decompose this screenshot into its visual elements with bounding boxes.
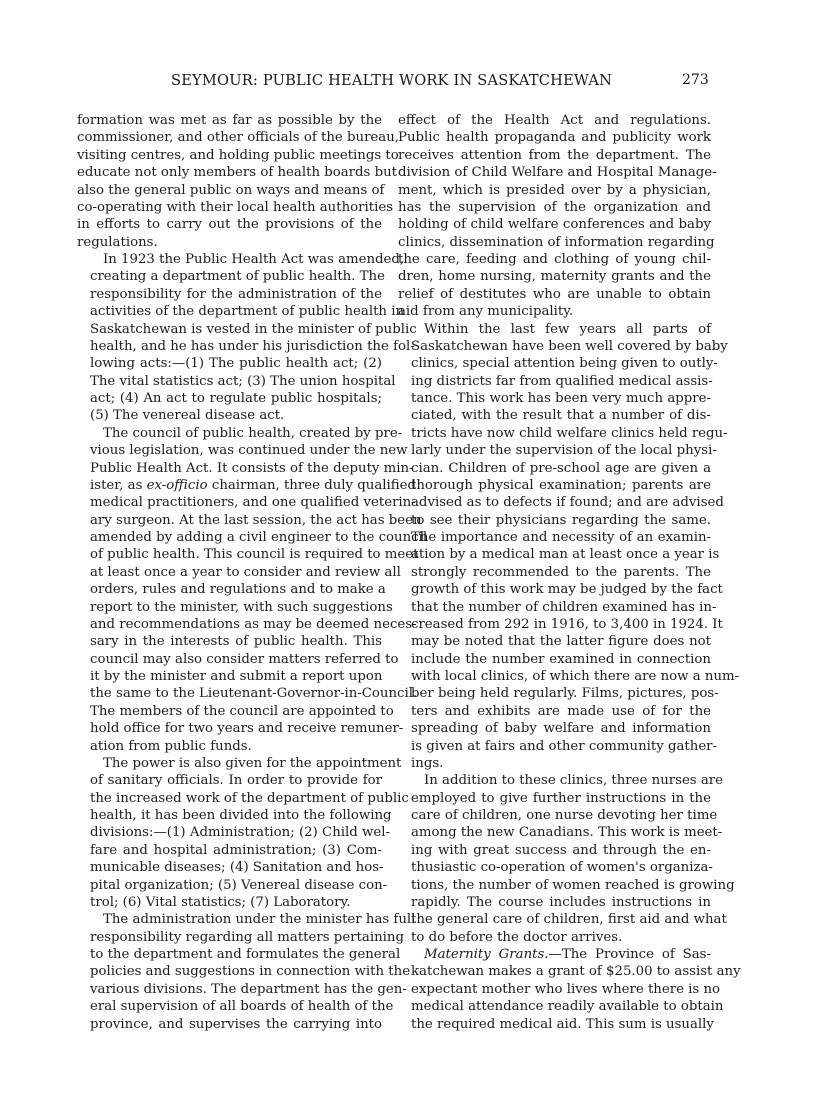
text-line: The importance and necessity of an exami… — [398, 529, 711, 546]
text-line: In 1923 the Public Health Act was amende… — [77, 251, 382, 268]
text-line: the care, feeding and clothing of young … — [398, 251, 711, 268]
text-line: educate not only members of health board… — [77, 164, 382, 181]
paragraph: The council of public health, created by… — [77, 425, 382, 755]
paragraph: Within the last few years all parts ofSa… — [398, 321, 711, 773]
text-line: ation from public funds. — [77, 738, 382, 755]
text-line: the same to the Lieutenant-Governor-in-C… — [77, 685, 382, 702]
text-line: tions, the number of women reached is gr… — [398, 877, 711, 894]
paragraph: formation was met as far as possible by … — [77, 112, 382, 251]
text-line: responsibility for the administration of… — [77, 286, 382, 303]
text-line: pital organization; (5) Venereal disease… — [77, 877, 382, 894]
text-line: co-operating with their local health aut… — [77, 199, 382, 216]
text-line: medical practitioners, and one qualified… — [77, 494, 382, 511]
text-line: eral supervision of all boards of health… — [77, 998, 382, 1015]
text-line: include the number examined in connectio… — [398, 651, 711, 668]
text-line: Maternity Grants.—The Province of Sas- — [398, 946, 711, 963]
text-line: province, and supervises the carrying in… — [77, 1016, 382, 1033]
right-text-column: effect of the Health Act and regulations… — [398, 112, 711, 1033]
text-line: dren, home nursing, maternity grants and… — [398, 268, 711, 285]
paragraph: In addition to these clinics, three nurs… — [398, 772, 711, 946]
text-line: the general care of children, first aid … — [398, 911, 711, 928]
text-line: (5) The venereal disease act. — [77, 407, 382, 424]
text-line: ment, which is presided over by a physic… — [398, 182, 711, 199]
text-line: is given at fairs and other community ga… — [398, 738, 711, 755]
text-line: of public health. This council is requir… — [77, 546, 382, 563]
text-line: trol; (6) Vital statistics; (7) Laborato… — [77, 894, 382, 911]
text-line: growth of this work may be judged by the… — [398, 581, 711, 598]
paragraph: The power is also given for the appointm… — [77, 755, 382, 911]
text-line: to see their physicians regarding the sa… — [398, 512, 711, 529]
text-line: The members of the council are appointed… — [77, 703, 382, 720]
text-line: sary in the interests of public health. … — [77, 633, 382, 650]
text-line: katchewan makes a grant of $25.00 to ass… — [398, 963, 711, 980]
text-line: ings. — [398, 755, 711, 772]
text-line: among the new Canadians. This work is me… — [398, 824, 711, 841]
text-line: health, and he has under his jurisdictio… — [77, 338, 382, 355]
text-line: advised as to defects if found; and are … — [398, 494, 711, 511]
text-line: relief of destitutes who are unable to o… — [398, 286, 711, 303]
text-line: care of children, one nurse devoting her… — [398, 807, 711, 824]
left-text-column: formation was met as far as possible by … — [77, 112, 382, 1033]
text-line: at least once a year to consider and rev… — [77, 564, 382, 581]
text-line: tance. This work has been very much appr… — [398, 390, 711, 407]
text-line: ing with great success and through the e… — [398, 842, 711, 859]
text-line: ister, as ex-officio chairman, three dul… — [77, 477, 382, 494]
paragraph: The administration under the minister ha… — [77, 911, 382, 1033]
text-line: effect of the Health Act and regulations… — [398, 112, 711, 129]
text-line: it by the minister and submit a report u… — [77, 668, 382, 685]
text-line: Saskatchewan have been well covered by b… — [398, 338, 711, 355]
text-line: fare and hospital administration; (3) Co… — [77, 842, 382, 859]
document-page: SEYMOUR: PUBLIC HEALTH WORK IN SASKATCHE… — [0, 0, 816, 1111]
text-line: clinics, special attention being given t… — [398, 355, 711, 372]
text-line: creased from 292 in 1916, to 3,400 in 19… — [398, 616, 711, 633]
text-line: ciated, with the result that a number of… — [398, 407, 711, 424]
text-line: orders, rules and regulations and to mak… — [77, 581, 382, 598]
text-line: may be noted that the latter figure does… — [398, 633, 711, 650]
text-line: various divisions. The department has th… — [77, 981, 382, 998]
text-line: expectant mother who lives where there i… — [398, 981, 711, 998]
text-line: creating a department of public health. … — [77, 268, 382, 285]
text-line: health, it has been divided into the fol… — [77, 807, 382, 824]
text-line: thusiastic co-operation of women's organ… — [398, 859, 711, 876]
text-line: tricts have now child welfare clinics he… — [398, 425, 711, 442]
text-line: amended by adding a civil engineer to th… — [77, 529, 382, 546]
text-line: ation by a medical man at least once a y… — [398, 546, 711, 563]
text-line: council may also consider matters referr… — [77, 651, 382, 668]
text-line: strongly recommended to the parents. The — [398, 564, 711, 581]
text-line: activities of the department of public h… — [77, 303, 382, 320]
text-line: The council of public health, created by… — [77, 425, 382, 442]
text-line: with local clinics, of which there are n… — [398, 668, 711, 685]
text-line: employed to give further instructions in… — [398, 790, 711, 807]
text-line: clinics, dissemination of information re… — [398, 234, 711, 251]
text-line: spreading of baby welfare and informatio… — [398, 720, 711, 737]
text-line: the required medical aid. This sum is us… — [398, 1016, 711, 1033]
text-line: Saskatchewan is vested in the minister o… — [77, 321, 382, 338]
text-line: that the number of children examined has… — [398, 599, 711, 616]
text-line: ary surgeon. At the last session, the ac… — [77, 512, 382, 529]
text-line: of sanitary officials. In order to provi… — [77, 772, 382, 789]
text-line: and recommendations as may be deemed nec… — [77, 616, 382, 633]
text-line: In addition to these clinics, three nurs… — [398, 772, 711, 789]
text-line: divisions:—(1) Administration; (2) Child… — [77, 824, 382, 841]
text-line: formation was met as far as possible by … — [77, 112, 382, 129]
text-line: The power is also given for the appointm… — [77, 755, 382, 772]
text-line: rapidly. The course includes instruction… — [398, 894, 711, 911]
text-line: medical attendance readily available to … — [398, 998, 711, 1015]
text-line: municable diseases; (4) Sanitation and h… — [77, 859, 382, 876]
text-line: to the department and formulates the gen… — [77, 946, 382, 963]
text-line: Within the last few years all parts of — [398, 321, 711, 338]
text-line: Public Health Act. It consists of the de… — [77, 460, 382, 477]
text-line: ing districts far from qualified medical… — [398, 373, 711, 390]
text-line: also the general public on ways and mean… — [77, 182, 382, 199]
text-line: holding of child welfare conferences and… — [398, 216, 711, 233]
text-line: ber being held regularly. Films, picture… — [398, 685, 711, 702]
text-line: has the supervision of the organization … — [398, 199, 711, 216]
text-line: commissioner, and other officials of the… — [77, 129, 382, 146]
paragraph: In 1923 the Public Health Act was amende… — [77, 251, 382, 425]
italic-term: Maternity Grants. — [424, 947, 549, 962]
text-line: larly under the supervision of the local… — [398, 442, 711, 459]
text-line: policies and suggestions in connection w… — [77, 963, 382, 980]
text-line: division of Child Welfare and Hospital M… — [398, 164, 711, 181]
italic-term: ex-officio — [147, 478, 208, 493]
text-line: thorough physical examination; parents a… — [398, 477, 711, 494]
text-line: aid from any municipality. — [398, 303, 711, 320]
text-line: ters and exhibits are made use of for th… — [398, 703, 711, 720]
text-line: report to the minister, with such sugges… — [77, 599, 382, 616]
text-line: cian. Children of pre-school age are giv… — [398, 460, 711, 477]
text-line: hold office for two years and receive re… — [77, 720, 382, 737]
text-line: to do before the doctor arrives. — [398, 929, 711, 946]
text-line: lowing acts:—(1) The public health act; … — [77, 355, 382, 372]
text-line: responsibility regarding all matters per… — [77, 929, 382, 946]
text-line: vious legislation, was continued under t… — [77, 442, 382, 459]
page-number: 273 — [682, 72, 709, 88]
text-line: the increased work of the department of … — [77, 790, 382, 807]
paragraph: effect of the Health Act and regulations… — [398, 112, 711, 321]
text-line: regulations. — [77, 234, 382, 251]
paragraph: Maternity Grants.—The Province of Sas-ka… — [398, 946, 711, 1033]
text-line: act; (4) An act to regulate public hospi… — [77, 390, 382, 407]
text-line: The administration under the minister ha… — [77, 911, 382, 928]
text-line: The vital statistics act; (3) The union … — [77, 373, 382, 390]
text-line: visiting centres, and holding public mee… — [77, 147, 382, 164]
running-title: SEYMOUR: PUBLIC HEALTH WORK IN SASKATCHE… — [171, 72, 651, 89]
text-line: receives attention from the department. … — [398, 147, 711, 164]
text-line: Public health propaganda and publicity w… — [398, 129, 711, 146]
text-line: in efforts to carry out the provisions o… — [77, 216, 382, 233]
